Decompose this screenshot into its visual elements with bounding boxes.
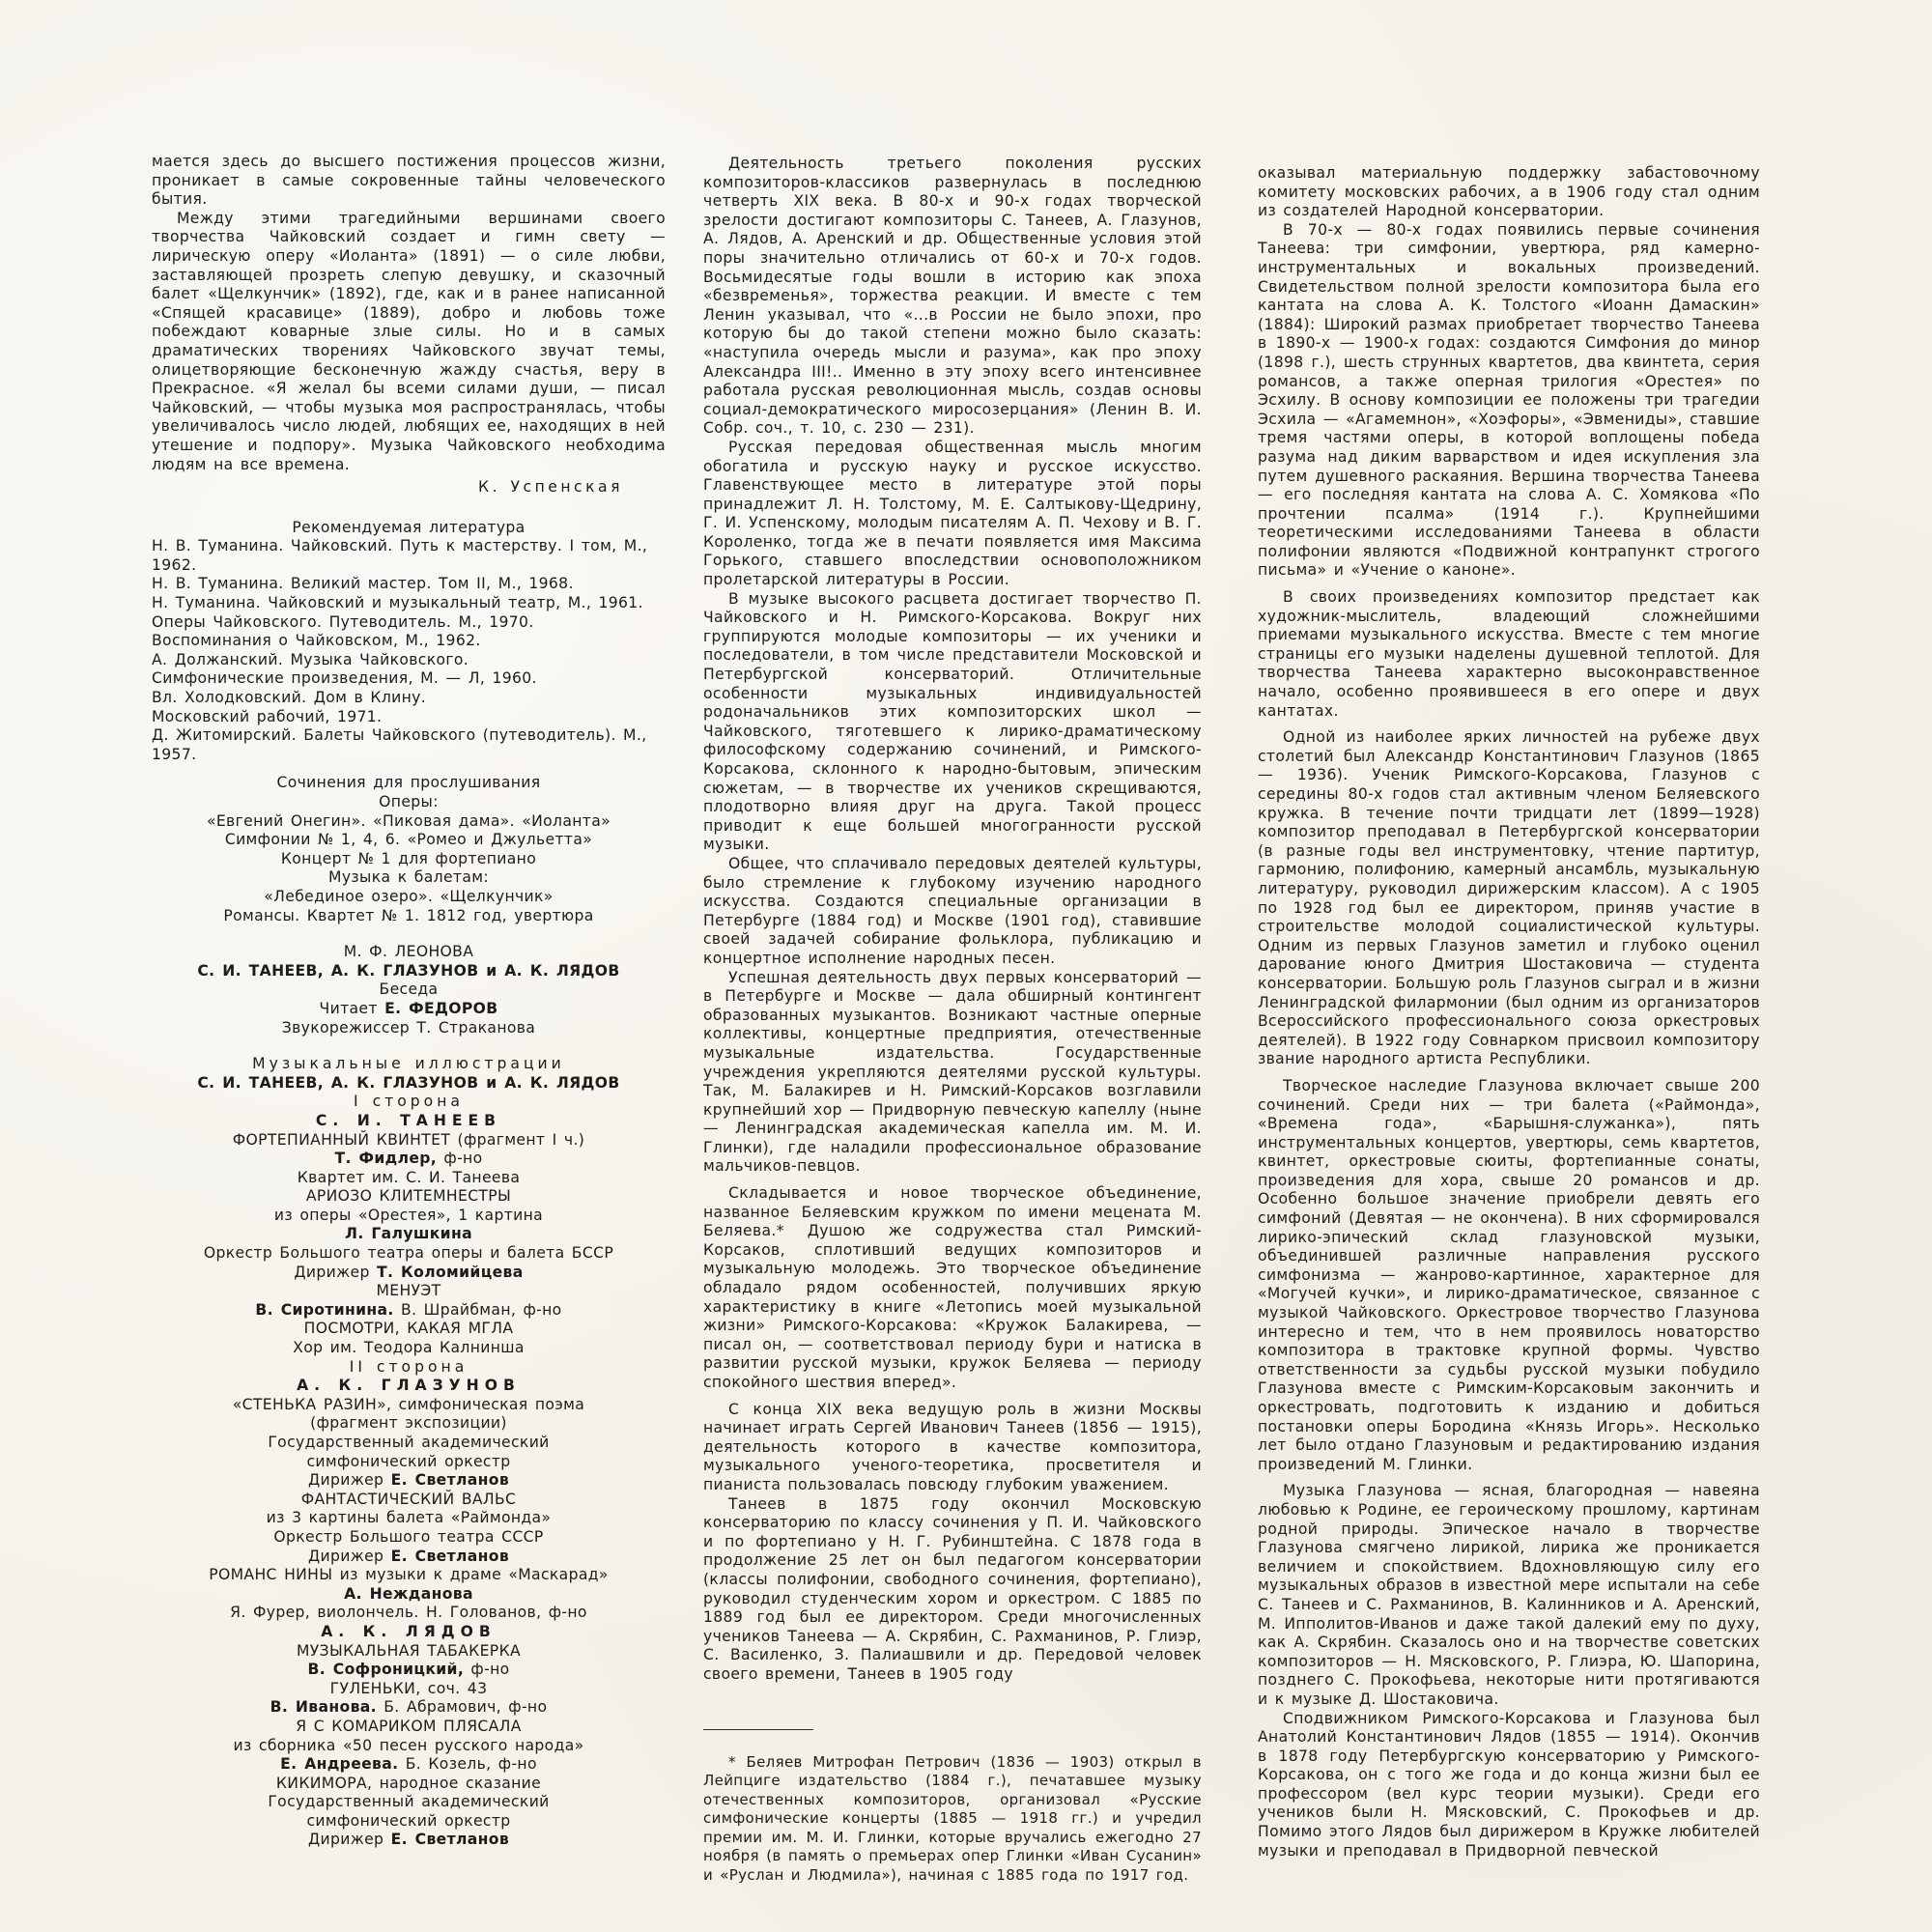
side-two-tracklist-lyadov: МУЗЫКАЛЬНАЯ ТАБАКЕРКАВ. Софроницкий, ф-н… (152, 1642, 666, 1851)
side-two-title: II сторона (152, 1358, 666, 1378)
tracklist-line: МУЗЫКАЛЬНАЯ ТАБАКЕРКА (152, 1642, 666, 1662)
tracklist-text: Дирижер (308, 1831, 391, 1848)
tracklist-text: Квартет им. С. И. Танеева (298, 1169, 521, 1186)
tracklist-line: МЕНУЭТ (152, 1282, 666, 1301)
listening-line: Романсы. Квартет № 1. 1812 год, увертюра (152, 907, 666, 926)
literature-item: Симфонические произведения, М. — Л, 1960… (152, 669, 666, 689)
tracklist-line: Е. Андреева. Б. Козель, ф-но (152, 1755, 666, 1775)
tracklist-line: Оркестр Большого театра СССР (152, 1528, 666, 1548)
tracklist-line: АРИОЗО КЛИТЕМНЕСТРЫ (152, 1187, 666, 1207)
lecture-author: М. Ф. ЛЕОНОВА (152, 943, 666, 962)
sound-engineer-credit: Звукорежиссер Т. Страканова (152, 1019, 666, 1038)
tracklist-line: (фрагмент экспозиции) (152, 1414, 666, 1434)
conductor-name: Е. Светланов (391, 1471, 509, 1489)
listening-line: Концерт № 1 для фортепиано (152, 850, 666, 869)
literature-item: А. Должанский. Музыка Чайковского. (152, 651, 666, 670)
tracklist-line: из 3 картины балета «Раймонда» (152, 1509, 666, 1528)
side-two-composer-glazunov: А. К. ГЛАЗУНОВ (152, 1377, 666, 1396)
tracklist-text: Дирижер (308, 1548, 391, 1565)
tracklist-text: из сборника «50 песен русского народа» (233, 1737, 583, 1754)
side-one-composer: С. И. ТАНЕЕВ (152, 1112, 666, 1131)
tracklist-text: Оркестр Большого театра СССР (273, 1528, 543, 1546)
article-paragraph-continuation: оказывал материальную поддержку забастов… (1258, 164, 1760, 221)
tracklist-text: МУЗЫКАЛЬНАЯ ТАБАКЕРКА (297, 1642, 521, 1660)
reader-label: Читает (320, 1000, 378, 1017)
listening-line: Оперы: (152, 793, 666, 812)
listening-line: Музыка к балетам: (152, 868, 666, 888)
article-paragraph: Успешная деятельность двух первых консер… (703, 969, 1202, 1178)
conductor-name: Е. Светланов (391, 1548, 509, 1565)
performer-name: Л. Галушкина (345, 1225, 472, 1242)
article-paragraph: Одной из наиболее ярких личностей на руб… (1258, 728, 1760, 1069)
listening-line: «Евгений Онегин». «Пиковая дама». «Иолан… (152, 812, 666, 832)
tracklist-text: из оперы «Орестея», 1 картина (274, 1207, 543, 1224)
side-one-tracklist: ФОРТЕПИАННЫЙ КВИНТЕТ (фрагмент I ч.)Т. Ф… (152, 1131, 666, 1358)
tracklist-line: В. Сиротинина. В. Шрайбман, ф-но (152, 1301, 666, 1321)
tracklist-line: ФОРТЕПИАННЫЙ КВИНТЕТ (фрагмент I ч.) (152, 1131, 666, 1151)
tracklist-text: Я С КОМАРИКОМ ПЛЯСАЛА (296, 1718, 522, 1735)
conductor-name: Е. Светланов (391, 1831, 509, 1848)
article-paragraph: Общее, что сплачивало передовых деятелей… (703, 855, 1202, 969)
article-paragraph: Деятельность третьего поколения русских … (703, 155, 1202, 439)
tracklist-text: Я. Фурер, виолончель. Н. Голованов, ф-но (230, 1604, 587, 1621)
liner-notes-page: мается здесь до высшего постижения проце… (0, 0, 1932, 1932)
recommended-literature-title: Рекомендуемая литература (152, 519, 666, 538)
article-paragraph: Творческое наследие Глазунова включает с… (1258, 1077, 1760, 1474)
article-paragraph: Танеев в 1875 году окончил Московскую ко… (703, 1495, 1202, 1685)
tracklist-line: Государственный академический (152, 1793, 666, 1812)
tracklist-text: симфонический оркестр (306, 1453, 510, 1470)
article-paragraph: Музыка Глазунова — ясная, благородная — … (1258, 1482, 1760, 1709)
tracklist-line: Дирижер Е. Светланов (152, 1471, 666, 1491)
tracklist-line: А. Нежданова (152, 1585, 666, 1605)
tracklist-line: из сборника «50 песен русского народа» (152, 1737, 666, 1756)
performer-name: Е. Андреева. (280, 1755, 398, 1773)
tracklist-text: АРИОЗО КЛИТЕМНЕСТРЫ (306, 1187, 511, 1205)
right-column: оказывал материальную поддержку забастов… (1258, 164, 1760, 1861)
conductor-name: Т. Коломийцева (377, 1264, 524, 1281)
tracklist-text: ПОСМОТРИ, КАКАЯ МГЛА (304, 1320, 514, 1337)
tracklist-text: ф-но (437, 1150, 482, 1167)
illustrations-composers: С. И. ТАНЕЕВ, А. К. ГЛАЗУНОВ и А. К. ЛЯД… (152, 1074, 666, 1094)
tracklist-text: Б. Козель, ф-но (398, 1755, 536, 1773)
reader-name: Е. ФЕДОРОВ (384, 1000, 497, 1017)
illustrations-title: Музыкальные иллюстрации (152, 1055, 666, 1074)
tracklist-line: симфонический оркестр (152, 1812, 666, 1832)
tracklist-text: Государственный академический (268, 1434, 549, 1451)
tracklist-text: Хор им. Теодора Калнинша (293, 1339, 525, 1356)
literature-item: Н. В. Туманина. Чайковский. Путь к масте… (152, 537, 666, 575)
article-paragraph: В музыке высокого расцвета достигает тво… (703, 590, 1202, 855)
tracklist-line: В. Иванова. Б. Абрамович, ф-но (152, 1698, 666, 1718)
literature-item: Н. Туманина. Чайковский и музыкальный те… (152, 594, 666, 613)
tracklist-text: Дирижер (294, 1264, 377, 1281)
tracklist-line: РОМАНС НИНЫ из музыки к драме «Маскарад» (152, 1566, 666, 1585)
reader-credit: Читает Е. ФЕДОРОВ (152, 1000, 666, 1019)
tracklist-text: ФАНТАСТИЧЕСКИЙ ВАЛЬС (301, 1491, 517, 1508)
tracklist-line: Хор им. Теодора Калнинша (152, 1339, 666, 1358)
tracklist-line: В. Софроницкий, ф-но (152, 1661, 666, 1680)
tracklist-line: Оркестр Большого театра оперы и балета Б… (152, 1244, 666, 1264)
side-two-composer-lyadov: А. К. ЛЯДОВ (152, 1623, 666, 1642)
tracklist-line: Я. Фурер, виолончель. Н. Голованов, ф-но (152, 1604, 666, 1623)
tracklist-line: ГУЛЕНЬКИ, соч. 43 (152, 1680, 666, 1699)
tracklist-line: Дирижер Т. Коломийцева (152, 1264, 666, 1283)
article-paragraph: Русская передовая общественная мысль мно… (703, 439, 1202, 590)
tracklist-line: КИКИМОРА, народное сказание (152, 1775, 666, 1794)
tracklist-line: Квартет им. С. И. Танеева (152, 1169, 666, 1188)
literature-item: Московский рабочий, 1971. (152, 708, 666, 727)
performer-name: В. Иванова. (270, 1698, 377, 1716)
tracklist-text: В. Шрайбман, ф-но (394, 1301, 562, 1319)
tracklist-line: Т. Фидлер, ф-но (152, 1150, 666, 1169)
tracklist-text: ФОРТЕПИАННЫЙ КВИНТЕТ (фрагмент I ч.) (233, 1131, 584, 1149)
tracklist-text: МЕНУЭТ (376, 1282, 440, 1299)
lecture-type: Беседа (152, 980, 666, 1000)
intro-paragraph-continuation: мается здесь до высшего постижения проце… (152, 153, 666, 210)
article-paragraph: С конца XIX века ведущую роль в жизни Мо… (703, 1401, 1202, 1495)
lecture-composers: С. И. ТАНЕЕВ, А. К. ГЛАЗУНОВ и А. К. ЛЯД… (152, 962, 666, 981)
footnote-divider (703, 1729, 813, 1730)
tracklist-text: Дирижер (308, 1471, 391, 1489)
tracklist-text: Б. Абрамович, ф-но (377, 1698, 547, 1716)
tracklist-text: ГУЛЕНЬКИ, соч. 43 (330, 1680, 488, 1697)
performer-name: Т. Фидлер, (335, 1150, 438, 1167)
article-paragraph: Сподвижником Римского-Корсакова и Глазун… (1258, 1710, 1760, 1861)
middle-column: Деятельность третьего поколения русских … (703, 155, 1202, 1886)
tracklist-text: из 3 картины балета «Раймонда» (267, 1509, 552, 1526)
intro-paragraph: Между этими трагедийными вершинами своег… (152, 210, 666, 474)
tracklist-line: «СТЕНЬКА РАЗИН», симфоническая поэма (152, 1396, 666, 1415)
tracklist-text: Государственный академический (268, 1793, 549, 1810)
side-one-title: I сторона (152, 1093, 666, 1112)
tracklist-line: Л. Галушкина (152, 1225, 666, 1244)
listening-line: «Лебединое озеро». «Щелкунчик» (152, 888, 666, 907)
tracklist-text: КИКИМОРА, народное сказание (276, 1775, 541, 1792)
tracklist-text: (фрагмент экспозиции) (310, 1414, 507, 1432)
tracklist-text: Оркестр Большого театра оперы и балета Б… (204, 1244, 613, 1262)
performer-name: А. Нежданова (344, 1585, 473, 1603)
recommended-literature-list: Н. В. Туманина. Чайковский. Путь к масте… (152, 537, 666, 764)
tracklist-text: «СТЕНЬКА РАЗИН», симфоническая поэма (233, 1396, 584, 1413)
literature-item: Н. В. Туманина. Великий мастер. Том II, … (152, 575, 666, 594)
tracklist-text: симфонический оркестр (306, 1812, 510, 1830)
performer-name: В. Сиротинина. (255, 1301, 393, 1319)
tracklist-line: Дирижер Е. Светланов (152, 1548, 666, 1567)
footnote-belyaev: * Беляев Митрофан Петрович (1836 — 1903)… (703, 1753, 1202, 1886)
tracklist-text: ф-но (464, 1661, 509, 1678)
tracklist-line: Дирижер Е. Светланов (152, 1831, 666, 1850)
literature-item: Вл. Холодковский. Дом в Клину. (152, 689, 666, 708)
literature-item: Оперы Чайковского. Путеводитель. М., 197… (152, 613, 666, 633)
author-signature: К. Успенская (152, 478, 623, 497)
tracklist-line: Я С КОМАРИКОМ ПЛЯСАЛА (152, 1718, 666, 1737)
literature-item: Д. Житомирский. Балеты Чайковского (путе… (152, 726, 666, 764)
tracklist-text: РОМАНС НИНЫ из музыки к драме «Маскарад» (209, 1566, 609, 1583)
listening-title: Сочинения для прослушивания (152, 774, 666, 793)
tracklist-line: ФАНТАСТИЧЕСКИЙ ВАЛЬС (152, 1491, 666, 1510)
tracklist-line: из оперы «Орестея», 1 картина (152, 1207, 666, 1226)
article-paragraph: В 70-х — 80-х годах появились первые соч… (1258, 221, 1760, 581)
article-paragraph: В своих произведениях композитор предста… (1258, 588, 1760, 721)
left-column: мается здесь до высшего постижения проце… (152, 153, 666, 1850)
side-two-tracklist-glazunov: «СТЕНЬКА РАЗИН», симфоническая поэма(фра… (152, 1396, 666, 1623)
article-paragraph: Складывается и новое творческое объедине… (703, 1184, 1202, 1393)
tracklist-line: Государственный академический (152, 1434, 666, 1453)
listening-line: Симфонии № 1, 4, 6. «Ромео и Джульетта» (152, 831, 666, 850)
literature-item: Воспоминания о Чайковском, М., 1962. (152, 632, 666, 651)
tracklist-line: симфонический оркестр (152, 1453, 666, 1472)
performer-name: В. Софроницкий, (307, 1661, 464, 1678)
tracklist-line: ПОСМОТРИ, КАКАЯ МГЛА (152, 1320, 666, 1339)
